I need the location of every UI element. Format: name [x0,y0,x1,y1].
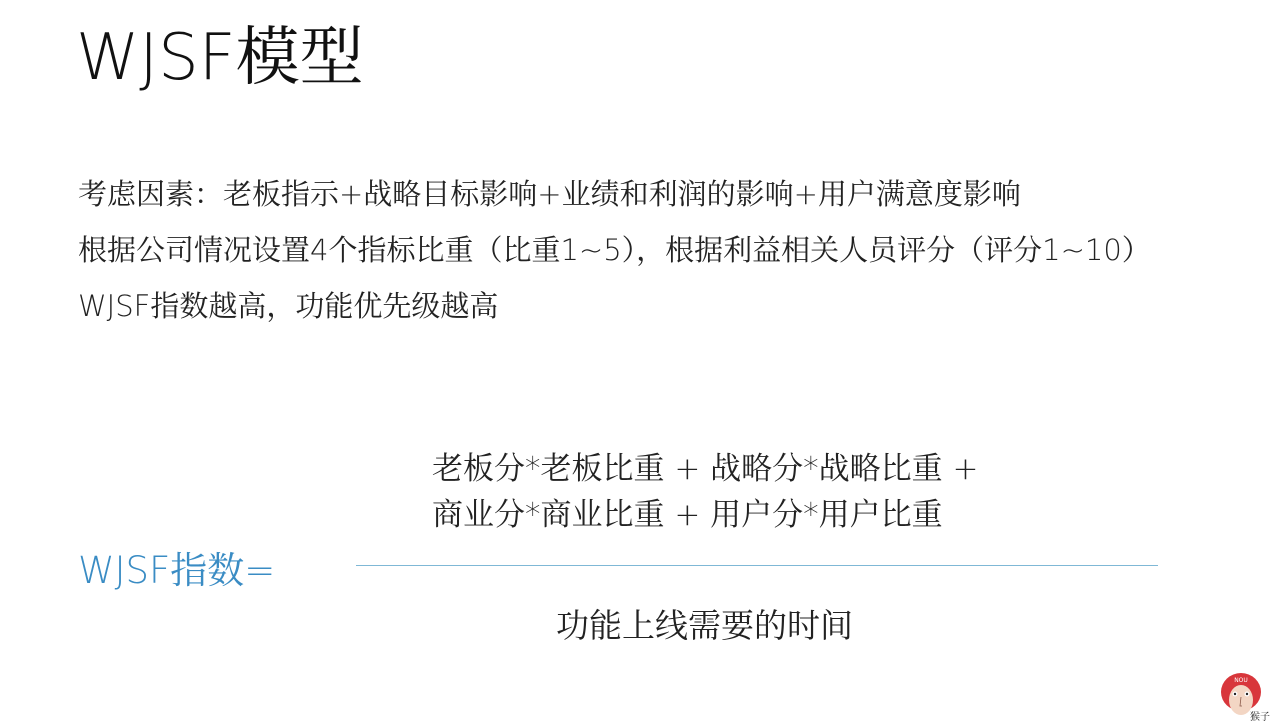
numerator-line-1: 老板分*老板比重 + 战略分*战略比重 + [432,446,979,492]
svg-text:NOU: NOU [1234,677,1248,684]
bullet-factors: 考虑因素：老板指示+战略目标影响+业绩和利润的影响+用户满意度影响 [78,166,1151,222]
fraction-divider [356,565,1158,566]
bullet-weights: 根据公司情况设置4个指标比重（比重1~5），根据利益相关人员评分（评分1~10） [78,222,1151,278]
numerator-line-2: 商业分*商业比重 + 用户分*用户比重 [432,492,979,538]
formula-numerator: 老板分*老板比重 + 战略分*战略比重 + 商业分*商业比重 + 用户分*用户比… [432,446,979,538]
formula-label: WJSF指数= [78,540,275,594]
slide-title: WJSF模型 [76,26,364,90]
bullet-priority: WJSF指数越高，功能优先级越高 [78,278,1151,334]
bullet-list: 考虑因素：老板指示+战略目标影响+业绩和利润的影响+用户满意度影响 根据公司情况… [78,166,1151,334]
formula-denominator: 功能上线需要的时间 [556,600,853,647]
logo-caption: 猴子 [1250,708,1270,723]
